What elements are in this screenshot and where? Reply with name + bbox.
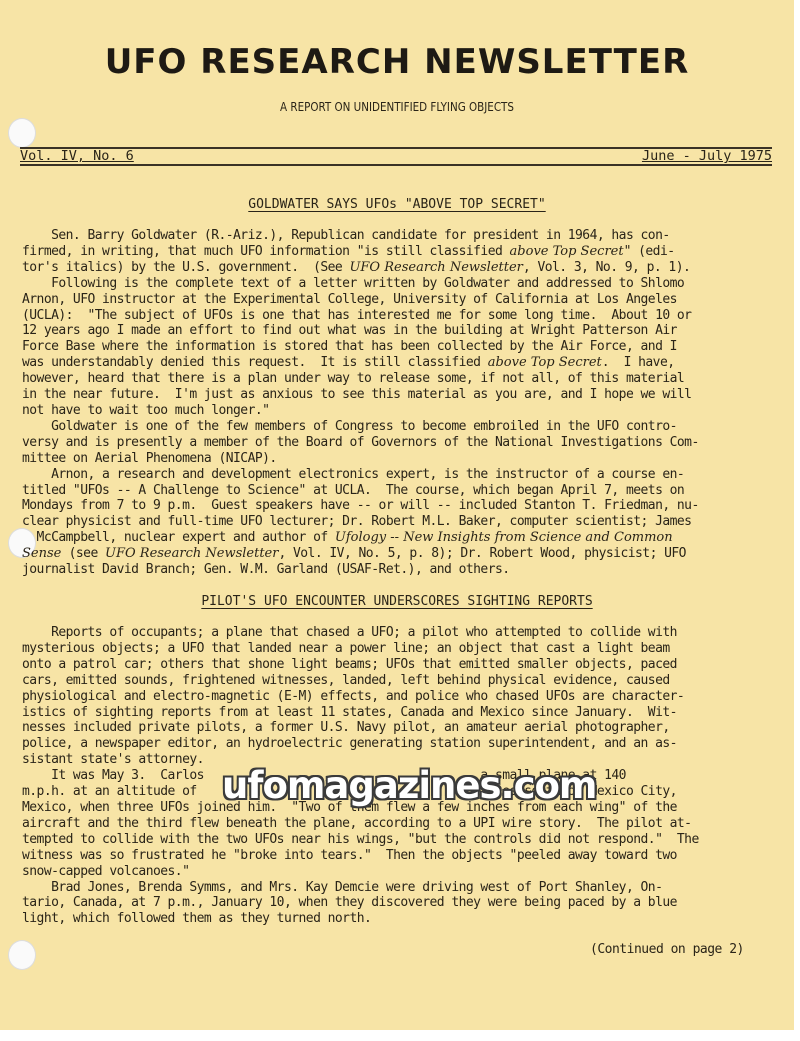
text-line: Sen. Barry Goldwater (R.-Ariz.), Republi… [22, 228, 782, 244]
article-heading: GOLDWATER SAYS UFOs "ABOVE TOP SECRET" [0, 197, 794, 212]
text-line: versy and is presently a member of the B… [22, 435, 782, 451]
text-line: clear physicist and full-time UFO lectur… [22, 514, 782, 530]
text-line: (UCLA): "The subject of UFOs is one that… [22, 308, 782, 324]
header-rule [20, 164, 772, 166]
text-line: cars, emitted sounds, frightened witness… [22, 673, 782, 689]
text-line: journalist David Branch; Gen. W.M. Garla… [22, 562, 782, 578]
text-line: Reports of occupants; a plane that chase… [22, 625, 782, 641]
text-line: Arnon, UFO instructor at the Experimenta… [22, 292, 782, 308]
newsletter-page: UFO RESEARCH NEWSLETTER A REPORT ON UNID… [0, 0, 794, 1030]
watermark: ufomagazines.com [222, 766, 578, 806]
text-line: in the near future. I'm just as anxious … [22, 387, 782, 403]
text-line: witness was so frustrated he "broke into… [22, 848, 782, 864]
text-line: titled "UFOs -- A Challenge to Science" … [22, 483, 782, 499]
text-line: firmed, in writing, that much UFO inform… [22, 244, 782, 260]
text-line: Mondays from 7 to 9 p.m. Guest speakers … [22, 498, 782, 514]
text-line: tor's italics) by the U.S. government. (… [22, 260, 782, 276]
text-line: tario, Canada, at 7 p.m., January 10, wh… [22, 895, 782, 911]
text-line: Sense (see UFO Research Newsletter, Vol.… [22, 546, 782, 562]
text-line: police, a newspaper editor, an hydroelec… [22, 736, 782, 752]
text-line: however, heard that there is a plan unde… [22, 371, 782, 387]
text-line: Brad Jones, Brenda Symms, and Mrs. Kay D… [22, 880, 782, 896]
issue-line: Vol. IV, No. 6 June - July 1975 [20, 148, 772, 164]
continued-note: (Continued on page 2) [590, 942, 744, 957]
text-line: mysterious objects; a UFO that landed ne… [22, 641, 782, 657]
text-line: Arnon, a research and development electr… [22, 467, 782, 483]
text-line: not have to wait too much longer." [22, 403, 782, 419]
text-line: Force Base where the information is stor… [22, 339, 782, 355]
text-line: istics of sighting reports from at least… [22, 705, 782, 721]
text-line: nesses included private pilots, a former… [22, 720, 782, 736]
text-line: was understandably denied this request. … [22, 355, 782, 371]
text-line: Following is the complete text of a lett… [22, 276, 782, 292]
text-line: Goldwater is one of the few members of C… [22, 419, 782, 435]
text-line: tempted to collide with the two UFOs nea… [22, 832, 782, 848]
punch-hole [8, 940, 36, 970]
text-line: onto a patrol car; others that shone lig… [22, 657, 782, 673]
text-line: 12 years ago I made an effort to find ou… [22, 323, 782, 339]
issue-date: June - July 1975 [642, 148, 772, 164]
text-line: aircraft and the third flew beneath the … [22, 816, 782, 832]
article-heading: PILOT'S UFO ENCOUNTER UNDERSCORES SIGHTI… [0, 594, 794, 609]
text-line: light, which followed them as they turne… [22, 911, 782, 927]
punch-hole [8, 118, 36, 148]
text-line: mittee on Aerial Phenomena (NICAP). [22, 451, 782, 467]
article-body: Sen. Barry Goldwater (R.-Ariz.), Republi… [22, 228, 782, 578]
text-line: physiological and electro-magnetic (E-M)… [22, 689, 782, 705]
masthead-subtitle: A REPORT ON UNIDENTIFIED FLYING OBJECTS [32, 99, 762, 114]
masthead-title: UFO RESEARCH NEWSLETTER [0, 42, 794, 82]
text-line: snow-capped volcanoes." [22, 864, 782, 880]
volume-number: Vol. IV, No. 6 [20, 148, 134, 164]
text-line: McCampbell, nuclear expert and author of… [22, 530, 782, 546]
